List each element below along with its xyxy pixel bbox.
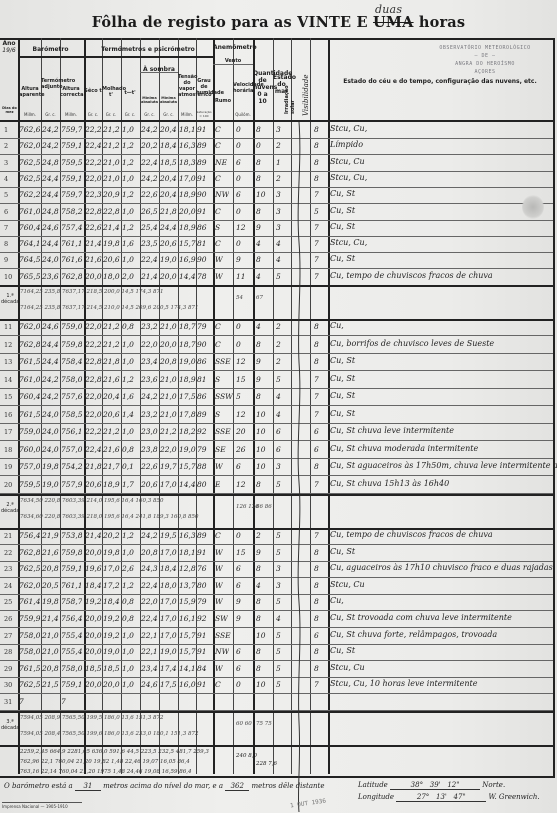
cell-irr: 7 — [314, 190, 319, 199]
cell-irr: 8 — [314, 322, 319, 331]
cell-molh: 21,2 — [103, 340, 120, 349]
cell-seco: 18,4 — [85, 581, 102, 590]
water-stain — [522, 195, 544, 219]
cell-min1: 20,8 — [141, 548, 158, 557]
cell-hum: 89 — [197, 141, 207, 150]
cell-alt_co: 762,8 — [61, 272, 82, 281]
cell-vel: 0 — [236, 680, 241, 689]
day-number: 20 — [4, 481, 12, 489]
cell-tens: 15,7 — [179, 647, 196, 656]
cell-mar: 2 — [276, 340, 281, 349]
day-number: 4 — [4, 175, 8, 183]
cell-rumo: W — [215, 664, 223, 673]
unit-label: Gr. c. — [102, 112, 120, 117]
cell-seco: 22,4 — [85, 141, 102, 150]
cell-term: 24,8 — [42, 207, 59, 216]
cell-molh: 20,6 — [103, 255, 120, 264]
cell-mar: 4 — [276, 255, 281, 264]
cell-tens: 16,3 — [179, 141, 196, 150]
cell-alt_ap: 764,5 — [19, 255, 40, 264]
cell-alt_co: 759,1 — [61, 174, 82, 183]
cell-hum: 79 — [197, 322, 207, 331]
header-altura-aparente: Altura aparente — [19, 86, 41, 98]
header-quantidade-nuvens: Quantidade de nuvens 0 a 10 — [253, 70, 272, 105]
cell-tens: 17,5 — [179, 392, 196, 401]
cell-nuv: 10 — [256, 445, 266, 454]
cell-nuv: 8 — [256, 564, 261, 573]
cell-alt_ap: 761,5 — [19, 664, 40, 673]
cell-alt_ap: 762,8 — [19, 340, 40, 349]
cell-dif: 0,8 — [122, 597, 134, 606]
cell-alt_co: 758,2 — [61, 207, 82, 216]
sky-remark: Cu, St — [330, 374, 355, 383]
cell-dif: 1,0 — [122, 125, 134, 134]
cell-tens: 17,0 — [179, 174, 196, 183]
cell-seco: 19,6 — [85, 564, 102, 573]
cell-seco: 22,0 — [85, 174, 102, 183]
cell-min1: 25,4 — [141, 223, 158, 232]
cell-dif: 1,2 — [122, 531, 134, 540]
cell-term: 21,0 — [42, 647, 59, 656]
cell-seco: 19,2 — [85, 597, 102, 606]
cell-term: 21,0 — [42, 631, 59, 640]
cell-min1: 22,6 — [141, 462, 158, 471]
day-number: 8 — [4, 240, 8, 248]
cell-min1: 24,6 — [141, 680, 158, 689]
cell-alt_co: 759,7 — [61, 125, 82, 134]
cell-rumo: SSE — [215, 357, 231, 366]
cell-alt_co: 754,2 — [61, 462, 82, 471]
decade-vel: 54 — [236, 295, 243, 301]
cell-rumo: SSE — [215, 631, 231, 640]
cell-irr: 7 — [314, 392, 319, 401]
cell-mar: 4 — [276, 614, 281, 623]
cell-rumo: C — [215, 207, 221, 216]
cell-alt_co: 755,4 — [61, 647, 82, 656]
cell-rumo: S — [215, 410, 220, 419]
cell-term: 24,0 — [42, 445, 59, 454]
cell-irr: 8 — [314, 340, 319, 349]
day-number: 28 — [4, 648, 12, 656]
cell-alt_co: 759,1 — [61, 141, 82, 150]
cell-term: 24,0 — [42, 427, 59, 436]
cell-irr: 7 — [314, 480, 319, 489]
cell-min2: 21,0 — [160, 392, 177, 401]
day-number: 30 — [4, 681, 12, 689]
cell-vel: 6 — [236, 664, 241, 673]
cell-vel: 0 — [236, 322, 241, 331]
cell-term: 24,6 — [42, 223, 59, 232]
header-dias: Dias do mez — [1, 106, 18, 114]
cell-rumo: C — [215, 322, 221, 331]
cell-vel: 6 — [236, 647, 241, 656]
cell-alt_ap: 762,8 — [19, 548, 40, 557]
cell-rumo: W — [215, 272, 223, 281]
cell-min1: 21,4 — [141, 272, 158, 281]
cell-rumo: SSW — [215, 392, 233, 401]
day-number: 18 — [4, 446, 12, 454]
cell-hum: 91 — [197, 125, 207, 134]
cell-molh: 19,8 — [103, 548, 120, 557]
sky-remark: Cu, St — [330, 189, 355, 198]
cell-alt_co: 753,8 — [61, 531, 82, 540]
cell-alt_co: 757,0 — [61, 445, 82, 454]
cell-vel: 26 — [236, 445, 246, 454]
cell-irr: 8 — [314, 664, 319, 673]
cell-tens: 20,0 — [179, 207, 196, 216]
cell-min1: 26,5 — [141, 207, 158, 216]
sky-remark: Stcu, Cu — [330, 580, 365, 589]
cell-nuv: 4 — [256, 322, 261, 331]
cell-term: 24,4 — [42, 340, 59, 349]
cell-vel: 9 — [236, 614, 241, 623]
cell-min2: 18,0 — [160, 581, 177, 590]
unit-label: Millm. — [19, 112, 41, 117]
sky-remark: Cu, St — [330, 254, 355, 263]
cell-alt_ap: 757,0 — [19, 462, 40, 471]
month-total-mid: 762,96 22,1 760,04 21,20 19,82 1,48 22,4… — [20, 759, 190, 765]
cell-irr: 7 — [314, 680, 319, 689]
cell-hum: 86 — [197, 392, 207, 401]
header-visibilidade: Visibilidade — [302, 60, 310, 116]
cell-min1: 23,8 — [141, 445, 158, 454]
cell-hum: 91 — [197, 680, 207, 689]
sky-remark: Cu, tempo de chuviscos fracos de chuva — [330, 530, 493, 539]
decade-label: 3.ª década — [1, 719, 19, 731]
cell-alt_ap: 764,1 — [19, 239, 40, 248]
sky-remark: Cu, — [330, 596, 344, 605]
cell-min1: 23,2 — [141, 410, 158, 419]
cell-min2: 20,6 — [160, 239, 177, 248]
cell-mar: 4 — [276, 392, 281, 401]
cell-mar: 1 — [276, 158, 281, 167]
cell-molh: 19,2 — [103, 631, 120, 640]
day-number: 22 — [4, 549, 12, 557]
cell-alt_co: 7 — [61, 697, 66, 706]
cell-min1: 22,1 — [141, 647, 158, 656]
cell-alt_co: 759,8 — [61, 548, 82, 557]
cell-molh: 19,0 — [103, 647, 120, 656]
month-total-bottom: 763,16 22,14 760,04 21,20 1975 1,48 24,4… — [20, 769, 191, 775]
cell-mar: 5 — [276, 272, 281, 281]
cell-alt_ap: 761,4 — [19, 597, 40, 606]
cell-min1: 22,0 — [141, 340, 158, 349]
cell-tens: 18,9 — [179, 375, 196, 384]
cell-nuv: 8 — [256, 392, 261, 401]
table-row: 18760,024,0757,022,421,60,823,822,019,07… — [0, 442, 553, 461]
latitude-line: Latitude 38° 39' 12" Norte. — [358, 781, 505, 790]
cell-alt_ap: 756,4 — [19, 531, 40, 540]
cell-nuv: 8 — [256, 340, 261, 349]
cell-alt_co: 761,6 — [61, 255, 82, 264]
cell-vel: 12 — [236, 223, 246, 232]
cell-min2: 17,0 — [160, 631, 177, 640]
cell-min1: 23,4 — [141, 664, 158, 673]
header-irradiacao: Irradiação solar — [284, 70, 296, 114]
day-number: 26 — [4, 615, 12, 623]
cell-irr: 8 — [314, 548, 319, 557]
day-number: 13 — [4, 358, 12, 366]
cell-alt_ap: 760,4 — [19, 392, 40, 401]
sky-remark: Cu, St — [330, 222, 355, 231]
cell-min2: 20,0 — [160, 272, 177, 281]
cell-nuv: 9 — [256, 357, 261, 366]
day-number: 21 — [4, 532, 12, 540]
cell-vel: 0 — [236, 531, 241, 540]
header-estado-ceu: Estado do céu e do tempo, configuração d… — [330, 78, 550, 85]
cell-term: 24,8 — [42, 158, 59, 167]
day-number: 27 — [4, 632, 12, 640]
cell-vel: 12 — [236, 357, 246, 366]
unit-label: Quilóm. — [233, 112, 253, 117]
cell-min1: 22,1 — [141, 631, 158, 640]
cell-molh: 21,0 — [103, 158, 120, 167]
day-number: 25 — [4, 598, 12, 606]
cell-seco: 20,0 — [85, 272, 102, 281]
irradiation-trace-line — [295, 122, 303, 812]
cell-seco: 22,6 — [85, 223, 102, 232]
cell-mar: 5 — [276, 664, 281, 673]
row-divider — [0, 745, 553, 747]
cell-alt_co: 757,9 — [61, 480, 82, 489]
cell-dif: 0,8 — [122, 614, 134, 623]
cell-seco: 22,0 — [85, 410, 102, 419]
cell-nuv: 8 — [256, 255, 261, 264]
cell-rumo: C — [215, 125, 221, 134]
month-nuv: 228 7,6 — [256, 761, 277, 767]
cell-term: 24,2 — [42, 392, 59, 401]
decade-sum: 7594,05 208,9 7565,50 199,5 186,0 13,6 1… — [20, 715, 163, 721]
day-number: 24 — [4, 582, 12, 590]
cell-dif: 1,0 — [122, 548, 134, 557]
cell-alt_ap: 762,6 — [19, 125, 40, 134]
cell-hum: 89 — [197, 158, 207, 167]
cell-seco: 20,6 — [85, 480, 102, 489]
cell-dif: 2,0 — [122, 272, 134, 281]
sky-remark: Cu, St — [330, 646, 355, 655]
cell-term: 20,8 — [42, 664, 59, 673]
cell-irr: 8 — [314, 357, 319, 366]
day-number: 17 — [4, 428, 12, 436]
cell-nuv: 8 — [256, 207, 261, 216]
cell-min2: 19,0 — [160, 647, 177, 656]
cell-min1: 22,4 — [141, 614, 158, 623]
cell-dif: 1,2 — [122, 141, 134, 150]
cell-hum: 90 — [197, 340, 207, 349]
cell-min1: 22,4 — [141, 255, 158, 264]
cell-term: 21,9 — [42, 531, 59, 540]
register-sheet: Fôlha de registo para as VINTE E duas UM… — [0, 0, 557, 813]
cell-seco: 22,2 — [85, 125, 102, 134]
header-vento: Vento — [213, 58, 253, 64]
unit-label: Gr. c. — [121, 112, 139, 117]
cell-alt_ap: 759,9 — [19, 614, 40, 623]
header-barometro: Barómetro — [18, 46, 83, 53]
cell-seco: 22,8 — [85, 357, 102, 366]
cell-dif: 1,0 — [122, 631, 134, 640]
cell-mar: 3 — [276, 207, 281, 216]
cell-nuv: 0 — [256, 141, 261, 150]
cell-term: 24,4 — [42, 357, 59, 366]
sky-remark: Cu, St trovoada com chuva leve intermite… — [330, 613, 512, 622]
decade-sum: 7634,50 220,8 7603,39 214,0 195,6 16,4 1… — [20, 498, 163, 504]
decade-vel: 60 60 — [236, 721, 252, 727]
day-number: 11 — [4, 323, 12, 331]
cell-irr: 7 — [314, 531, 319, 540]
cell-tens: 15,7 — [179, 239, 196, 248]
cell-hum: 89 — [197, 410, 207, 419]
cell-hum: 91 — [197, 207, 207, 216]
cell-irr: 8 — [314, 174, 319, 183]
cell-min1: 24,2 — [141, 392, 158, 401]
cell-molh: 19,2 — [103, 614, 120, 623]
cell-seco: 20,0 — [85, 631, 102, 640]
row-divider — [18, 56, 84, 58]
cell-irr: 6 — [314, 631, 319, 640]
row-divider — [84, 56, 213, 58]
decade-nuv: 75 75 — [256, 721, 272, 727]
cell-hum: 92 — [197, 427, 207, 436]
cell-mar: 3 — [276, 190, 281, 199]
cell-molh: 21,2 — [103, 427, 120, 436]
cell-nuv: 8 — [256, 158, 261, 167]
cell-min2: 20,8 — [160, 357, 177, 366]
sky-remark: Cu, — [330, 321, 344, 330]
cell-mar: 3 — [276, 125, 281, 134]
cell-term: 24,0 — [42, 410, 59, 419]
cell-hum: 89 — [197, 531, 207, 540]
cell-mar: 3 — [276, 581, 281, 590]
cell-molh: 21,4 — [103, 223, 120, 232]
day-number: 9 — [4, 256, 8, 264]
sky-remark: Cu, tempo de chuviscos fracos de chuva — [330, 271, 493, 280]
barometer-note: O barómetro está a 31 metros acima do ní… — [4, 782, 324, 791]
cell-alt_co: 756,4 — [61, 614, 82, 623]
header-termometros: Termómetros e psicrómetro — [84, 46, 212, 53]
cell-dif: 1,0 — [122, 664, 134, 673]
cell-rumo: W — [215, 597, 223, 606]
cell-min2: 17,5 — [160, 680, 177, 689]
day-number: 5 — [4, 191, 8, 199]
cell-nuv: 8 — [256, 125, 261, 134]
cell-alt_ap: 762,0 — [19, 322, 40, 331]
cell-irr: 7 — [314, 223, 319, 232]
cell-nuv: 10 — [256, 410, 266, 419]
cell-dif: 1,0 — [122, 357, 134, 366]
cell-mar: 5 — [276, 597, 281, 606]
cell-vel: 15 — [236, 375, 246, 384]
cell-hum: 78 — [197, 272, 207, 281]
cell-dif: 1,0 — [122, 680, 134, 689]
cell-dif: 1,0 — [122, 647, 134, 656]
cell-min2: 20,4 — [160, 174, 177, 183]
cell-dif: 1,2 — [122, 375, 134, 384]
cell-rumo: C — [215, 531, 221, 540]
cell-irr: 6 — [314, 427, 319, 436]
cell-alt_ap: 762,5 — [19, 680, 40, 689]
cell-nuv: 8 — [256, 597, 261, 606]
header-ano: Ano19/6 — [0, 40, 18, 54]
cell-min2: 17,0 — [160, 480, 177, 489]
cell-tens: 12,8 — [179, 564, 196, 573]
cell-vel: 0 — [236, 207, 241, 216]
cell-vel: 0 — [236, 141, 241, 150]
day-number: 3 — [4, 159, 8, 167]
cell-alt_ap: 7 — [19, 697, 24, 706]
cell-min1: 20,2 — [141, 141, 158, 150]
cell-dif: 1,2 — [122, 223, 134, 232]
cell-irr: 8 — [314, 158, 319, 167]
cell-vel: 6 — [236, 462, 241, 471]
cell-molh: 18,5 — [103, 664, 120, 673]
sky-remark: Cu, St chuva 15h13 às 16h40 — [330, 479, 449, 488]
day-number: 23 — [4, 565, 12, 573]
cell-mar: 3 — [276, 564, 281, 573]
cell-mar: 5 — [276, 480, 281, 489]
cell-molh: 21,2 — [103, 322, 120, 331]
cell-rumo: C — [215, 141, 221, 150]
cell-vel: 0 — [236, 340, 241, 349]
sky-remark: Cu, St — [330, 206, 355, 215]
cell-rumo: NW — [215, 190, 229, 199]
unit-label: Gr. c. — [140, 112, 159, 117]
cell-nuv: 8 — [256, 174, 261, 183]
cell-nuv: 9 — [256, 548, 261, 557]
cell-hum: 88 — [197, 462, 207, 471]
cell-mar: 5 — [276, 647, 281, 656]
cell-mar: 2 — [276, 141, 281, 150]
cell-hum: 76 — [197, 564, 207, 573]
sky-remark: Stcu, Cu — [330, 157, 365, 166]
cell-alt_ap: 762,0 — [19, 581, 40, 590]
month-vel: 240 8,0 — [236, 753, 257, 759]
cell-tens: 18,9 — [179, 190, 196, 199]
cell-vel: 9 — [236, 255, 241, 264]
cell-seco: 21,8 — [85, 462, 102, 471]
cell-min1: 23,2 — [141, 322, 158, 331]
cell-nuv: 10 — [256, 680, 266, 689]
header-grau-humidade: Grau de humidade — [196, 78, 212, 96]
cell-term: 24,2 — [42, 125, 59, 134]
unit-label: Millm. — [178, 112, 196, 117]
cell-tens: 18,3 — [179, 158, 196, 167]
cell-vel: 6 — [236, 581, 241, 590]
cell-molh: 21,8 — [103, 357, 120, 366]
cell-mar: 2 — [276, 357, 281, 366]
sky-remark: Cu, St — [330, 391, 355, 400]
cell-hum: 80 — [197, 581, 207, 590]
cell-rumo: SE — [215, 445, 226, 454]
cell-term: 19,8 — [42, 597, 59, 606]
cell-dif: 1,0 — [122, 174, 134, 183]
cell-alt_co: 759,8 — [61, 340, 82, 349]
cell-alt_ap: 759,0 — [19, 427, 40, 436]
cell-dif: 1,0 — [122, 207, 134, 216]
cell-alt_ap: 762,5 — [19, 174, 40, 183]
cell-vel: 9 — [236, 597, 241, 606]
cell-dif: 1,4 — [122, 410, 134, 419]
cell-mar: 6 — [276, 445, 281, 454]
cell-seco: 22,8 — [85, 375, 102, 384]
unit-label: Millm. — [60, 112, 82, 117]
cell-alt_ap: 759,5 — [19, 480, 40, 489]
cell-mar: 5 — [276, 680, 281, 689]
cell-irr: 8 — [314, 597, 319, 606]
cell-min2: 21,8 — [160, 207, 177, 216]
cell-rumo: W — [215, 255, 223, 264]
cell-molh: 17,2 — [103, 581, 120, 590]
cell-vel: 6 — [236, 564, 241, 573]
